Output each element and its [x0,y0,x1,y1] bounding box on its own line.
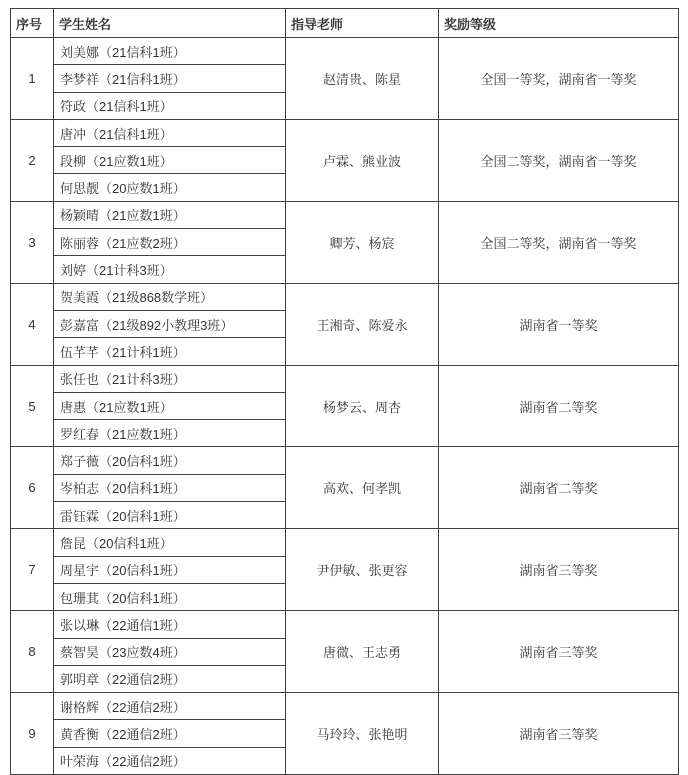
student-name: 詹昆（20信科1班） [54,529,286,556]
group-number: 7 [11,529,54,611]
teachers: 王湘奇、陈爱永 [286,283,439,365]
table-row: 3 杨颖晴（21应数1班） 卿芳、杨宸 全国二等奖，湖南省一等奖 [11,201,679,228]
student-name: 周星宇（20信科1班） [54,556,286,583]
student-awards-table: 序号 学生姓名 指导老师 奖励等级 1 刘美娜（21信科1班） 赵清贵、陈星 全… [10,8,679,775]
award-level: 湖南省二等奖 [439,447,679,529]
table-row: 9 谢格辉（22通信2班） 马玲玲、张艳明 湖南省三等奖 [11,693,679,720]
group-number: 2 [11,119,54,201]
student-name: 李梦祥（21信科1班） [54,65,286,92]
table-row: 7 詹昆（20信科1班） 尹伊敏、张更容 湖南省三等奖 [11,529,679,556]
column-header-student-name: 学生姓名 [54,9,286,38]
student-name: 包珊萁（20信科1班） [54,583,286,610]
column-header-number: 序号 [11,9,54,38]
student-name: 伍芊芊（21计科1班） [54,338,286,365]
group-number: 1 [11,38,54,120]
award-level: 全国一等奖，湖南省一等奖 [439,38,679,120]
student-name: 叶荣海（22通信2班） [54,747,286,774]
student-name: 唐惠（21应数1班） [54,392,286,419]
teachers: 高欢、何孝凯 [286,447,439,529]
student-name: 贺美霞（21级868数学班） [54,283,286,310]
student-name: 符政（21信科1班） [54,92,286,119]
group-number: 8 [11,611,54,693]
student-name: 雷钰霖（20信科1班） [54,502,286,529]
award-level: 湖南省二等奖 [439,365,679,447]
student-name: 蔡智昊（23应数4班） [54,638,286,665]
teachers: 卿芳、杨宸 [286,201,439,283]
teachers: 杨梦云、周杏 [286,365,439,447]
student-name: 刘美娜（21信科1班） [54,38,286,65]
student-name: 何思靓（20应数1班） [54,174,286,201]
student-name: 岑柏志（20信科1班） [54,474,286,501]
student-name: 彭嘉富（21级892小教理3班） [54,310,286,337]
column-header-award-level: 奖励等级 [439,9,679,38]
teachers: 卢霖、熊业波 [286,119,439,201]
column-header-teachers: 指导老师 [286,9,439,38]
table-row: 1 刘美娜（21信科1班） 赵清贵、陈星 全国一等奖，湖南省一等奖 [11,38,679,65]
group-number: 3 [11,201,54,283]
group-number: 9 [11,693,54,775]
teachers: 赵清贵、陈星 [286,38,439,120]
table-row: 5 张任也（21计科3班） 杨梦云、周杏 湖南省二等奖 [11,365,679,392]
student-name: 段柳（21应数1班） [54,147,286,174]
student-name: 罗红春（21应数1班） [54,420,286,447]
student-name: 张以琳（22通信1班） [54,611,286,638]
header-row: 序号 学生姓名 指导老师 奖励等级 [11,9,679,38]
student-name: 郭明章（22通信2班） [54,665,286,692]
student-name: 陈丽蓉（21应数2班） [54,229,286,256]
award-level: 湖南省一等奖 [439,283,679,365]
student-name: 张任也（21计科3班） [54,365,286,392]
group-number: 6 [11,447,54,529]
student-name: 谢格辉（22通信2班） [54,693,286,720]
table-row: 4 贺美霞（21级868数学班） 王湘奇、陈爱永 湖南省一等奖 [11,283,679,310]
student-name: 郑子薇（20信科1班） [54,447,286,474]
teachers: 马玲玲、张艳明 [286,693,439,775]
award-level: 湖南省三等奖 [439,611,679,693]
award-level: 湖南省三等奖 [439,529,679,611]
teachers: 尹伊敏、张更容 [286,529,439,611]
table-row: 6 郑子薇（20信科1班） 高欢、何孝凯 湖南省二等奖 [11,447,679,474]
student-name: 唐冲（21信科1班） [54,119,286,146]
award-level: 全国二等奖，湖南省一等奖 [439,201,679,283]
student-name: 刘婷（21计科3班） [54,256,286,283]
table-row: 2 唐冲（21信科1班） 卢霖、熊业波 全国二等奖，湖南省一等奖 [11,119,679,146]
group-number: 5 [11,365,54,447]
award-level: 全国二等奖，湖南省一等奖 [439,119,679,201]
table-row: 8 张以琳（22通信1班） 唐微、王志勇 湖南省三等奖 [11,611,679,638]
student-name: 黄香衡（22通信2班） [54,720,286,747]
student-name: 杨颖晴（21应数1班） [54,201,286,228]
group-number: 4 [11,283,54,365]
teachers: 唐微、王志勇 [286,611,439,693]
award-level: 湖南省三等奖 [439,693,679,775]
